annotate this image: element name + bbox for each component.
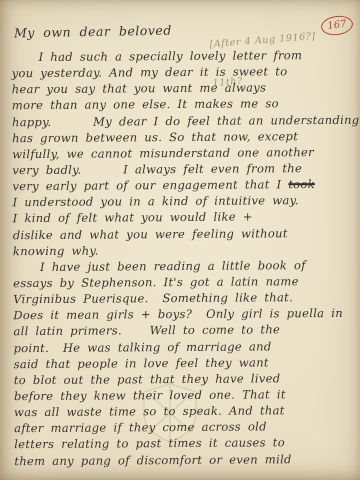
line-text: to blot out the past that they have live…: [14, 371, 281, 387]
line-text: wilfully, we cannot misunderstand one an…: [12, 145, 314, 161]
page-number-text: 167: [327, 19, 347, 33]
letter-scan-page: [After 4 Aug 1916?] 11th? 167 My own dea…: [0, 0, 360, 480]
line-text: I have just been reading a little book o…: [40, 258, 306, 274]
struck-word: took: [288, 177, 315, 191]
line-text: I kind of felt what you would like +: [13, 210, 253, 226]
line-text: hear you say that you want me always: [12, 81, 267, 97]
line-text: happy. My dear I do feel that an underst…: [12, 112, 360, 128]
line-text: you yesterday. And my dear it is sweet t…: [12, 64, 288, 80]
line-text: I understood you in a kind of intuitive …: [13, 193, 299, 209]
line-text: dislike and what you were feeling withou…: [13, 226, 288, 242]
handwritten-line: wilfully, we cannot misunderstand one an…: [12, 144, 353, 163]
handwritten-line: I had such a specially lovely letter fro…: [11, 47, 352, 66]
line-text: essays by Stephenson. It's got a latin n…: [13, 274, 299, 290]
handwritten-line: I have just been reading a little book o…: [13, 257, 354, 276]
line-text: very early part of our engagement that I: [12, 177, 288, 193]
line-text: point. He was talking of marriage and: [14, 339, 272, 355]
line-text: them any pang of discomfort or even mild: [14, 452, 291, 468]
line-text: said that people in love feel they want: [14, 355, 269, 371]
handwritten-line: them any pang of discomfort or even mild: [14, 450, 355, 469]
line-text: knowing why.: [13, 243, 99, 258]
circled-page-number: 167: [320, 14, 354, 37]
letter-salutation: My own dear beloved: [14, 23, 172, 41]
line-text: letters relating to past times it causes…: [14, 436, 285, 452]
line-text: Virginibus Puerisque. Something like tha…: [13, 290, 293, 306]
line-text: very badly. I always felt even from the: [12, 161, 302, 177]
line-text: more than any one else. It makes me so: [12, 97, 279, 113]
line-text: all latin primers. Well to come to the: [13, 323, 280, 339]
handwritten-line: Does it mean girls + boys? Only girl is …: [13, 305, 354, 324]
line-text: I had such a specially lovely letter fro…: [39, 48, 303, 64]
line-text: has grown between us. So that now, excep…: [12, 129, 298, 145]
handwritten-line: very early part of our engagement that I…: [12, 176, 353, 195]
line-text: after marriage if they come across old: [14, 420, 267, 436]
line-text: Does it mean girls + boys? Only girl is …: [13, 306, 343, 322]
line-text: was all waste time so to speak. And that: [14, 403, 285, 419]
letter-body: I had such a specially lovely letter fro…: [11, 47, 355, 480]
line-text: before they knew their loved one. That i…: [14, 387, 286, 403]
handwritten-line: happy. My dear I do feel that an underst…: [12, 111, 353, 130]
